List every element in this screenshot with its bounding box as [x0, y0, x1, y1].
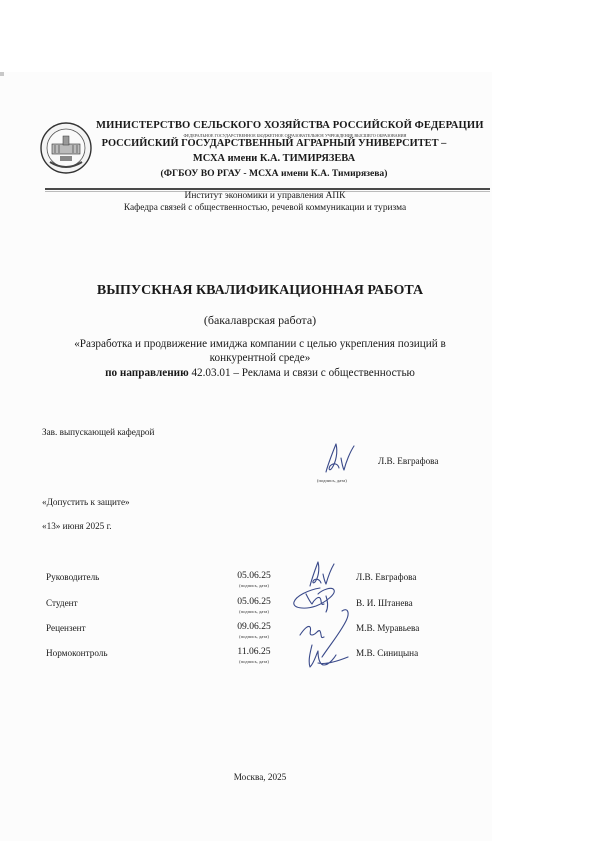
signature-role: Нормоконтроль [46, 648, 108, 658]
signature-icon [322, 440, 356, 476]
signatory-name: Л.В. Евграфова [356, 572, 416, 582]
signature-caption: (подпись, дата) [226, 659, 282, 664]
document-title: ВЫПУСКНАЯ КВАЛИФИКАЦИОННАЯ РАБОТА [40, 283, 480, 299]
head-of-department-name: Л.В. Евграфова [378, 456, 438, 466]
signature-date: 05.06.25 [226, 596, 282, 607]
city-year: Москва, 2025 [180, 772, 340, 782]
signatory-name: М.В. Муравьева [356, 623, 419, 633]
signature-date: 09.06.25 [226, 621, 282, 632]
signature-date: 11.06.25 [226, 646, 282, 657]
study-direction: по направлению 42.03.01 – Реклама и связ… [40, 367, 480, 379]
signature-caption: (подпись, дата) [317, 478, 347, 483]
direction-value: 42.03.01 – Реклама и связи с общественно… [189, 367, 415, 379]
department-name: Кафедра связей с общественностью, речево… [40, 203, 490, 213]
university-short-name: (ФГБОУ ВО РГАУ - МСХА имени К.А. Тимиряз… [96, 168, 452, 179]
university-emblem-icon [40, 122, 92, 174]
admission-date: «13» июня 2025 г. [42, 521, 112, 531]
university-name-line2: МСХА имени К.А. ТИМИРЯЗЕВА [96, 153, 452, 164]
signature-date: 05.06.25 [226, 570, 282, 581]
university-name: РОССИЙСКИЙ ГОСУДАРСТВЕННЫЙ АГРАРНЫЙ УНИВ… [96, 138, 452, 149]
admission-label: «Допустить к защите» [42, 497, 130, 507]
signature-caption: (подпись, дата) [226, 609, 282, 614]
signatory-name: В. И. Штанева [356, 598, 413, 608]
thesis-topic: «Разработка и продвижение имиджа компани… [40, 338, 480, 365]
scan-edge-mark [0, 72, 4, 76]
signatory-name: М.В. Синицына [356, 648, 418, 658]
head-of-department-label: Зав. выпускающей кафедрой [42, 427, 154, 437]
direction-label: по направлению [105, 367, 189, 379]
signature-role: Рецензент [46, 623, 86, 633]
document-subtitle: (бакалаврская работа) [40, 313, 480, 328]
ministry-heading: МИНИСТЕРСТВО СЕЛЬСКОГО ХОЗЯЙСТВА РОССИЙС… [96, 120, 452, 131]
header-divider [45, 188, 490, 190]
signature-icon [296, 605, 356, 675]
signature-caption: (подпись, дата) [226, 634, 282, 639]
thesis-topic-line2: конкурентной среде» [40, 352, 480, 366]
institute-name: Институт экономики и управления АПК [40, 191, 490, 201]
signature-role: Руководитель [46, 572, 99, 582]
signature-role: Студент [46, 598, 78, 608]
thesis-topic-line1: «Разработка и продвижение имиджа компани… [40, 338, 480, 352]
signature-caption: (подпись, дата) [226, 583, 282, 588]
